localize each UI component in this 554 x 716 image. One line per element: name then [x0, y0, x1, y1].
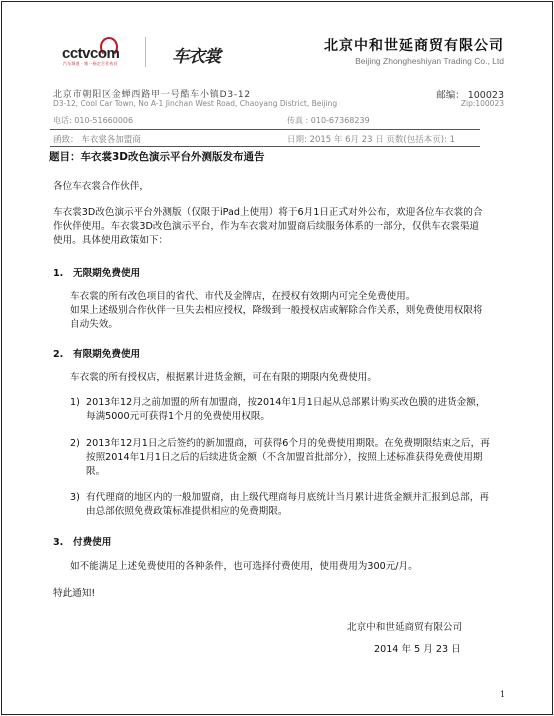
- recipient: 函致： 车衣裳各加盟商: [53, 133, 141, 145]
- section-1-text: 车衣裳的所有改色项目的省代、市代及金牌店，在授权有效期内可完全免费使用。 如果上…: [70, 290, 490, 332]
- list-item: 3) 有代理商的地区内的一般加盟商，由上级代理商每月底统计当月累计进货金额并汇报…: [70, 491, 490, 519]
- zip-en: Zip:100023: [461, 99, 504, 108]
- document-page: cctvcom 汽车频道 · 唯一指定合作伙伴 车衣裳 北京中和世延商贸有限公司…: [1, 1, 553, 715]
- divider-bottom: [50, 146, 480, 147]
- subject-title: 题目：车衣裳3D改色演示平台外测版发布通告: [49, 149, 265, 164]
- page-number: 1: [500, 690, 505, 699]
- list-item: 2) 2013年12月1日之后签约的新加盟商，可获得6个月的免费使用期限。在免费…: [70, 437, 490, 479]
- company-name-cn: 北京中和世延商贸有限公司: [324, 35, 504, 55]
- divider-top: [50, 129, 480, 130]
- greeting: 各位车衣裳合作伙伴，: [53, 180, 149, 194]
- header-date: 日期: 2015 年 6月 23 日 页数(包括本页): 1: [287, 133, 455, 145]
- signature-date: 2014 年 5 月 23 日: [374, 641, 461, 655]
- intro-paragraph: 车衣裳3D改色演示平台外测版（仅限于iPad上使用）将于6月1日正式对外公布，欢…: [53, 206, 483, 248]
- section-1-heading: 1.无限期免费使用: [53, 265, 140, 279]
- closing: 特此通知!: [53, 587, 95, 601]
- company-name-en: Beijing Zhongheshiyan Trading Co., Ltd: [355, 56, 504, 66]
- signature-company: 北京中和世延商贸有限公司: [347, 619, 462, 633]
- logo-divider: [145, 37, 146, 67]
- cctv-logo: cctvcom 汽车频道 · 唯一指定合作伙伴: [62, 37, 144, 67]
- section-2-text: 车衣裳的所有授权店，根据累计进货金额，可在有限的期限内免费使用。: [70, 371, 377, 385]
- fax: 传真 : 010-67368239: [287, 115, 370, 126]
- address-en: D3-12, Cool Car Town, No A-1 Jinchan Wes…: [53, 99, 337, 108]
- section-3-heading: 3.付费使用: [53, 534, 111, 548]
- brand-logo: 车衣裳: [150, 42, 230, 64]
- telephone: 电话: 010-51660006: [53, 115, 133, 126]
- section-3-text: 如不能满足上述免费使用的各种条件，也可选择付费使用，使用费用为300元/月。: [70, 560, 418, 574]
- list-item: 1) 2013年12月之前加盟的所有加盟商，按2014年1月1日起从总部累计购买…: [70, 396, 490, 424]
- section-2-heading: 2.有限期免费使用: [53, 346, 140, 360]
